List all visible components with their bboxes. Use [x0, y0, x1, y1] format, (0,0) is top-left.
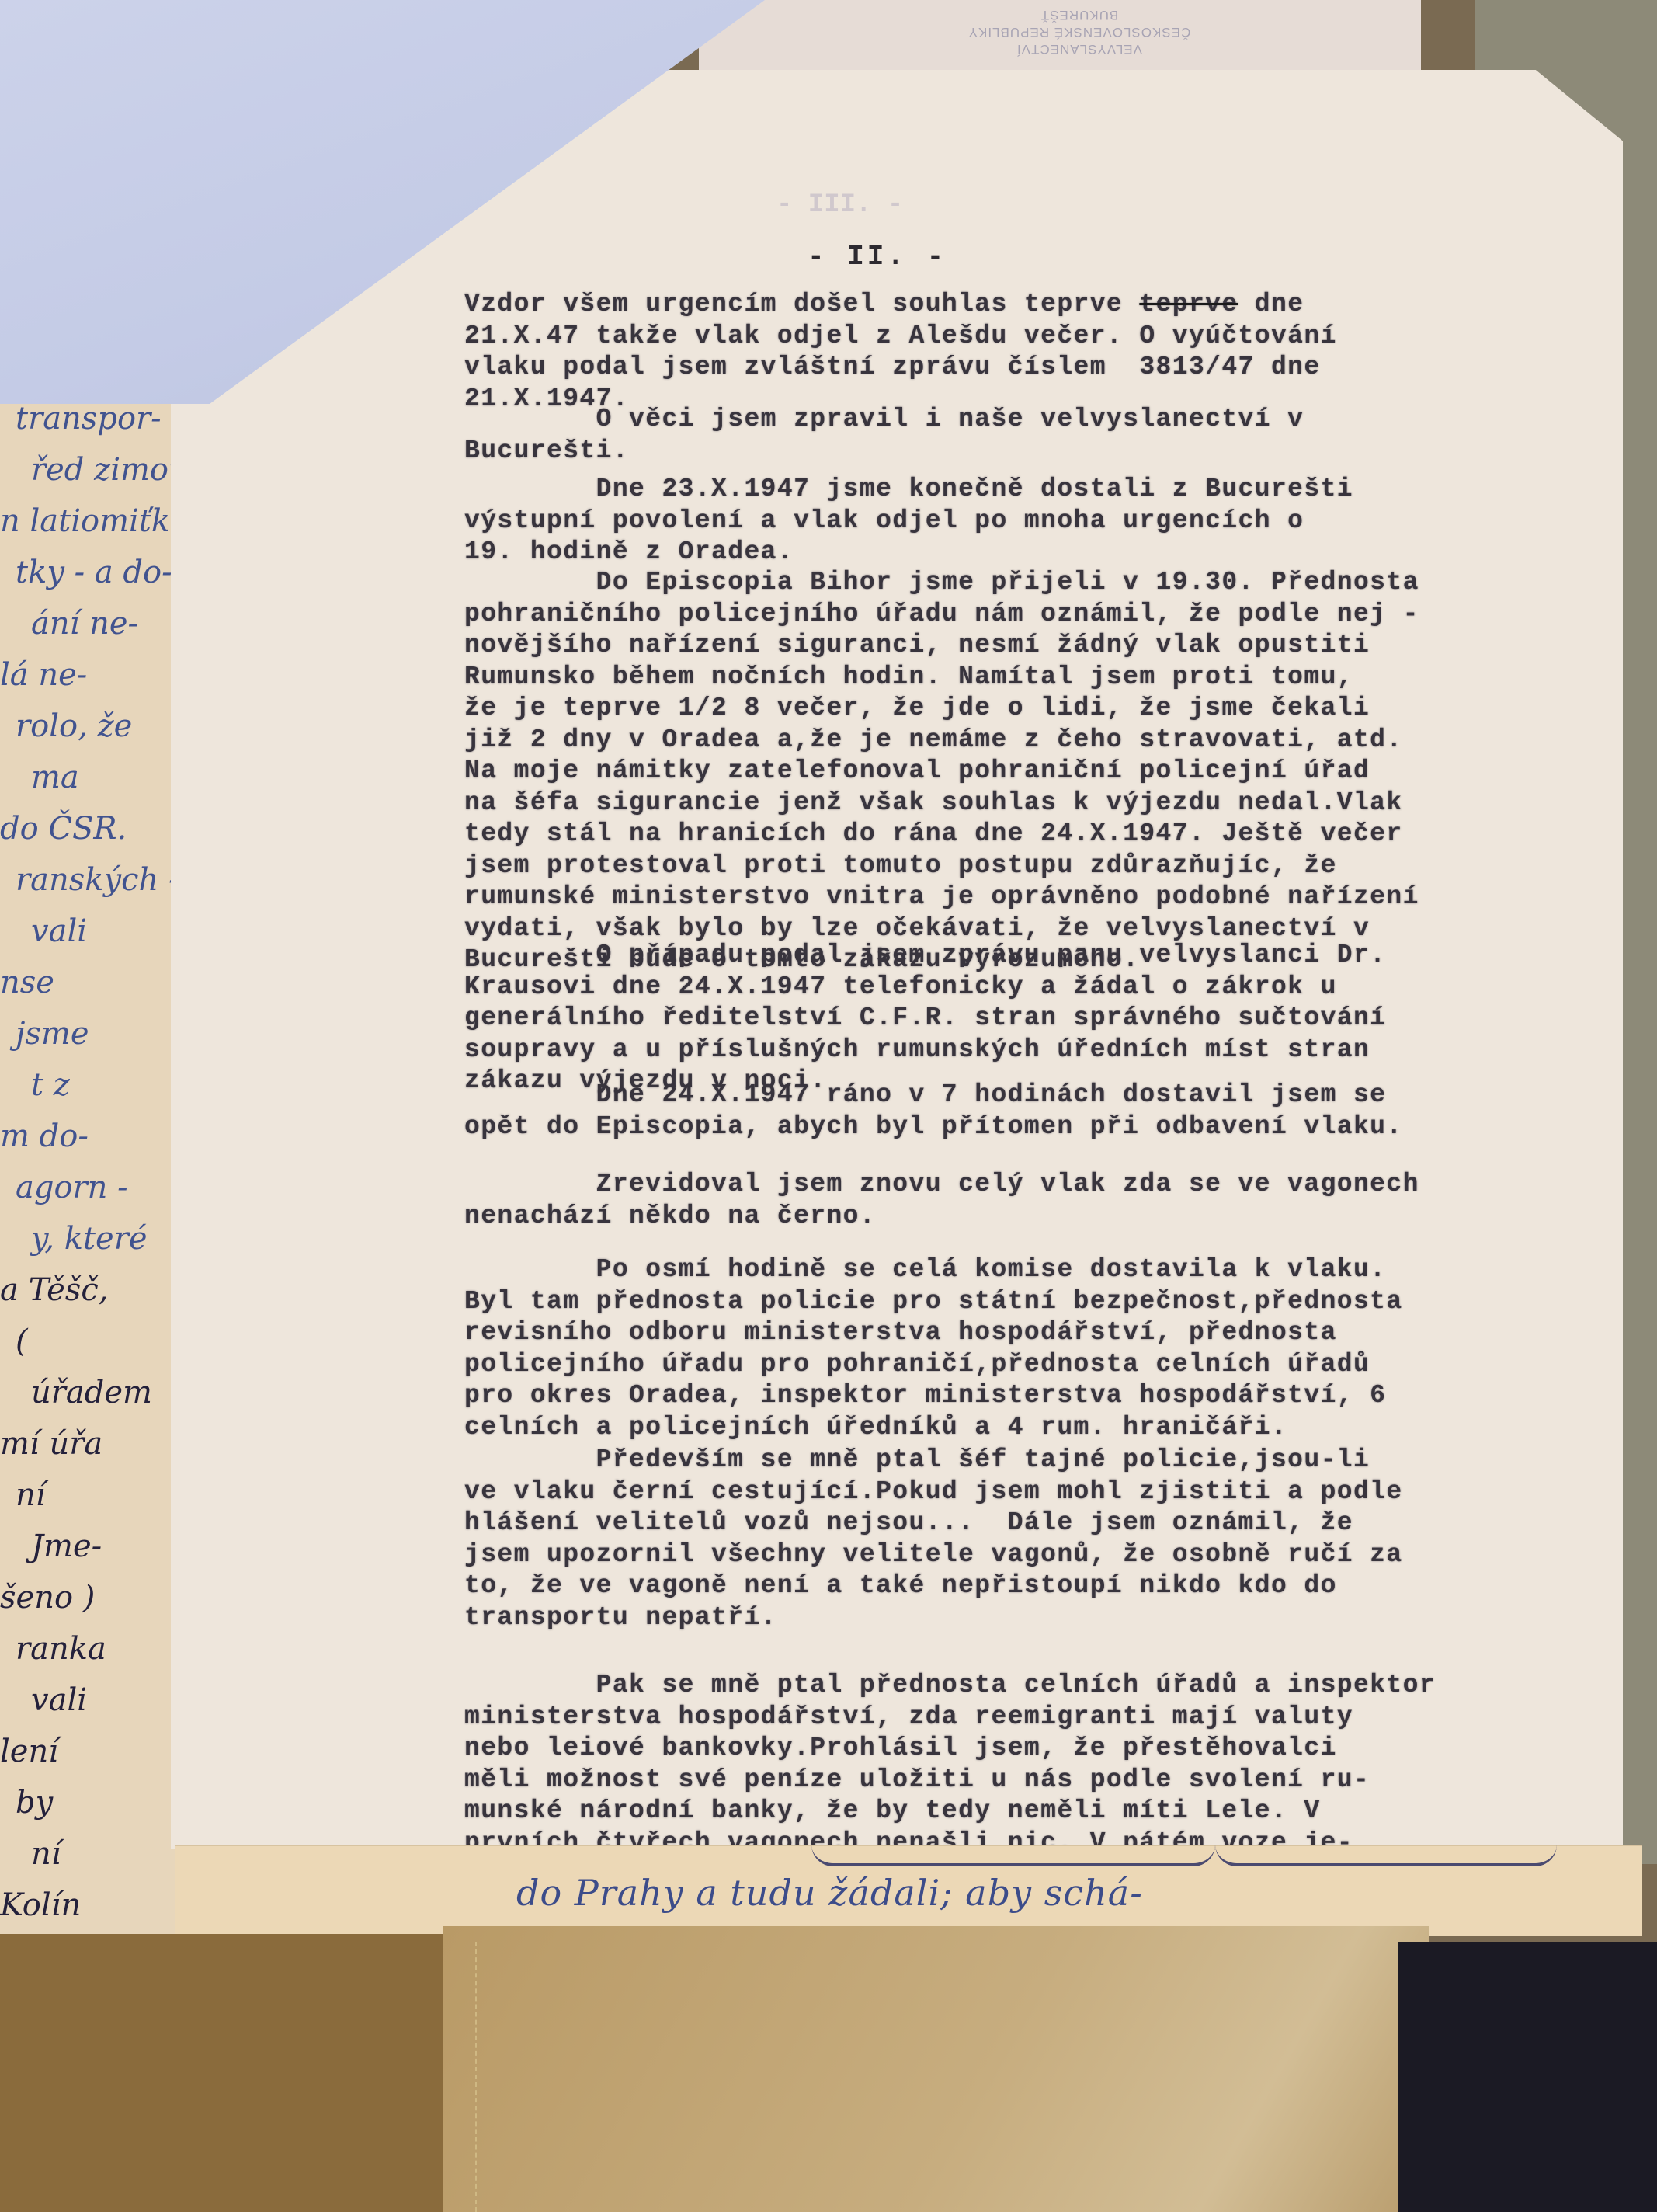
handwriting-line: nse	[0, 965, 54, 1000]
handwriting-line: rolo, že	[16, 708, 132, 744]
handwriting-line: m do-	[0, 1118, 89, 1154]
typed-line: revisního odboru ministerstva hospodářst…	[464, 1317, 1567, 1349]
section-heading: - II. -	[808, 241, 947, 273]
handwriting-line: tky - a do-	[16, 555, 172, 590]
typed-line: munské národní banky, že by tedy neměli …	[464, 1796, 1567, 1828]
typed-paragraph: Do Episcopia Bihor jsme přijeli v 19.30.…	[464, 567, 1567, 976]
typed-line: rumunské ministerstvo vnitra je oprávněn…	[464, 882, 1567, 913]
typed-line: Dne 23.X.1947 jsme konečně dostali z Buc…	[464, 474, 1567, 506]
handwriting-line: vali	[31, 913, 87, 949]
typed-line: Pak se mně ptal přednosta celních úřadů …	[464, 1670, 1567, 1702]
typed-line: jsem protestoval proti tomuto postupu zd…	[464, 850, 1567, 882]
typed-line: Rumunsko během nočních hodin. Namítal js…	[464, 662, 1567, 694]
typed-paragraph: Dne 23.X.1947 jsme konečně dostali z Buc…	[464, 474, 1567, 569]
typed-line: hlášení velitelů vozů nejsou... Dále jse…	[464, 1508, 1567, 1539]
handwriting-line: ní	[31, 1836, 61, 1872]
dark-background	[1398, 1942, 1657, 2212]
typed-paragraph: O případu podal jsem zprávu panu velvysl…	[464, 940, 1567, 1097]
typed-line: Krausovi dne 24.X.1947 telefonicky a žád…	[464, 972, 1567, 1003]
handwriting-line: t z	[31, 1067, 70, 1103]
typed-line: Bucurešti.	[464, 436, 1567, 468]
brace-mark	[811, 1845, 1215, 1866]
typed-line: již 2 dny v Oradea a,že je nemáme z čeho…	[464, 725, 1567, 756]
typed-line: pro okres Oradea, inspektor ministerstva…	[464, 1380, 1567, 1412]
handwriting-line: lá ne-	[0, 657, 87, 693]
brace-mark	[1215, 1845, 1557, 1866]
typed-line: nebo leiové bankovky.Prohlásil jsem, že …	[464, 1733, 1567, 1765]
typed-line: Vzdor všem urgencím došel souhlas teprve…	[464, 289, 1567, 321]
show-through-heading: - III. -	[776, 190, 903, 220]
handwriting-line: lení	[0, 1734, 58, 1769]
fabric-background	[443, 1926, 1429, 2212]
typed-paragraph: O věci jsem zpravil i naše velvyslanectv…	[464, 404, 1567, 467]
typed-line: Dne 24.X.1947 ráno v 7 hodinách dostavil…	[464, 1080, 1567, 1111]
typed-line: 19. hodině z Oradea.	[464, 537, 1567, 569]
typed-line: novějšího nařízení siguranci, nesmí žádn…	[464, 630, 1567, 662]
handwriting-line: (	[16, 1323, 28, 1359]
handwriting-line: řed zimou	[31, 452, 189, 488]
stamp-line: VELVYSLANECTVÍ	[916, 40, 1242, 57]
handwriting-line: šeno )	[0, 1580, 95, 1616]
handwriting-line: transpor-	[16, 401, 162, 436]
typed-line: Po osmí hodině se celá komise dostavila …	[464, 1254, 1567, 1286]
typed-paragraph: Pak se mně ptal přednosta celních úřadů …	[464, 1670, 1567, 1859]
fabric-seam	[475, 1942, 478, 2212]
typed-line: jsem upozornil všechny velitele vagonů, …	[464, 1539, 1567, 1571]
handwriting-line: ma	[31, 760, 79, 795]
handwriting-line: y, které	[31, 1221, 148, 1257]
handwriting-line: jsme	[16, 1016, 89, 1052]
typed-line: ve vlaku černí cestující.Pokud jsem mohl…	[464, 1476, 1567, 1508]
typed-line: Do Episcopia Bihor jsme přijeli v 19.30.…	[464, 567, 1567, 599]
handwritten-note: do Prahy a tudu žádali; aby schá-	[516, 1872, 1143, 1914]
stamp-line: BUKUREŠŤ	[916, 6, 1242, 23]
handwriting-line: Kolín	[0, 1887, 81, 1923]
handwriting-line: Jme-	[31, 1529, 102, 1564]
typed-paragraph: Dne 24.X.1947 ráno v 7 hodinách dostavil…	[464, 1080, 1567, 1143]
typed-line: pohraničního policejního úřadu nám oznám…	[464, 599, 1567, 631]
handwriting-line: ranka	[16, 1631, 106, 1667]
typed-line: transportu nepatří.	[464, 1602, 1567, 1634]
typed-line: celních a policejních úředníků a 4 rum. …	[464, 1412, 1567, 1444]
typed-line: O případu podal jsem zprávu panu velvysl…	[464, 940, 1567, 972]
typed-line: Zrevidoval jsem znovu celý vlak zda se v…	[464, 1169, 1567, 1201]
typed-line: to, že ve vagoně není a také nepřistoupí…	[464, 1570, 1567, 1602]
stamp-line: ČESKOSLOVENSKÉ REPUBLIKY	[916, 23, 1242, 40]
handwriting-line: ranských -	[16, 862, 179, 898]
handwriting-line: ní	[16, 1477, 46, 1513]
typed-paragraph: Po osmí hodině se celá komise dostavila …	[464, 1254, 1567, 1443]
typed-line: Na moje námitky zatelefonoval pohraniční…	[464, 756, 1567, 788]
typed-paragraph: Vzdor všem urgencím došel souhlas teprve…	[464, 289, 1567, 415]
fabric-background	[0, 1934, 450, 2212]
typed-paragraph: Především se mně ptal šéf tajné policie,…	[464, 1445, 1567, 1633]
typed-line: generálního ředitelství C.F.R. stran spr…	[464, 1003, 1567, 1035]
typed-line: Byl tam přednosta policie pro státní bez…	[464, 1286, 1567, 1318]
handwriting-line: n latiomiťk	[0, 503, 170, 539]
typed-line: nenachází někdo na černo.	[464, 1201, 1567, 1233]
typed-line: tedy stál na hranicích do rána dne 24.X.…	[464, 819, 1567, 850]
handwriting-line: by	[16, 1785, 53, 1821]
typed-line: měli možnost své peníze uložiti u nás po…	[464, 1765, 1567, 1796]
embassy-stamp: VELVYSLANECTVÍ ČESKOSLOVENSKÉ REPUBLIKY …	[916, 6, 1242, 57]
typed-line: výstupní povolení a vlak odjel po mnoha …	[464, 506, 1567, 537]
handwriting-line: úřadem	[31, 1375, 152, 1410]
handwriting-line: do ČSR.	[0, 811, 127, 847]
handwriting-line: a Těšč,	[0, 1272, 108, 1308]
typed-line: soupravy a u příslušných rumunských úřed…	[464, 1035, 1567, 1066]
typed-line: Především se mně ptal šéf tajné policie,…	[464, 1445, 1567, 1476]
typed-line: O věci jsem zpravil i naše velvyslanectv…	[464, 404, 1567, 436]
handwriting-line: agorn -	[16, 1170, 128, 1205]
typed-line: vlaku podal jsem zvláštní zprávu číslem …	[464, 352, 1567, 384]
typed-paragraph: Zrevidoval jsem znovu celý vlak zda se v…	[464, 1169, 1567, 1232]
typed-line: opět do Episcopia, abych byl přítomen př…	[464, 1111, 1567, 1143]
handwriting-line: vali	[31, 1682, 87, 1718]
handwriting-line: ání ne-	[31, 606, 138, 642]
typed-line: policejního úřadu pro pohraničí,přednost…	[464, 1349, 1567, 1381]
typed-line: ministerstva hospodářství, zda reemigran…	[464, 1702, 1567, 1734]
typed-line: 21.X.47 takže vlak odjel z Alešdu večer.…	[464, 321, 1567, 353]
struck-word: teprve	[1139, 290, 1238, 318]
typed-line: na šéfa siguranciе jenž však souhlas k v…	[464, 788, 1567, 819]
handwriting-line: mí úřa	[0, 1426, 102, 1462]
typed-line: že je teprve 1/2 8 večer, že jde o lidi,…	[464, 693, 1567, 725]
